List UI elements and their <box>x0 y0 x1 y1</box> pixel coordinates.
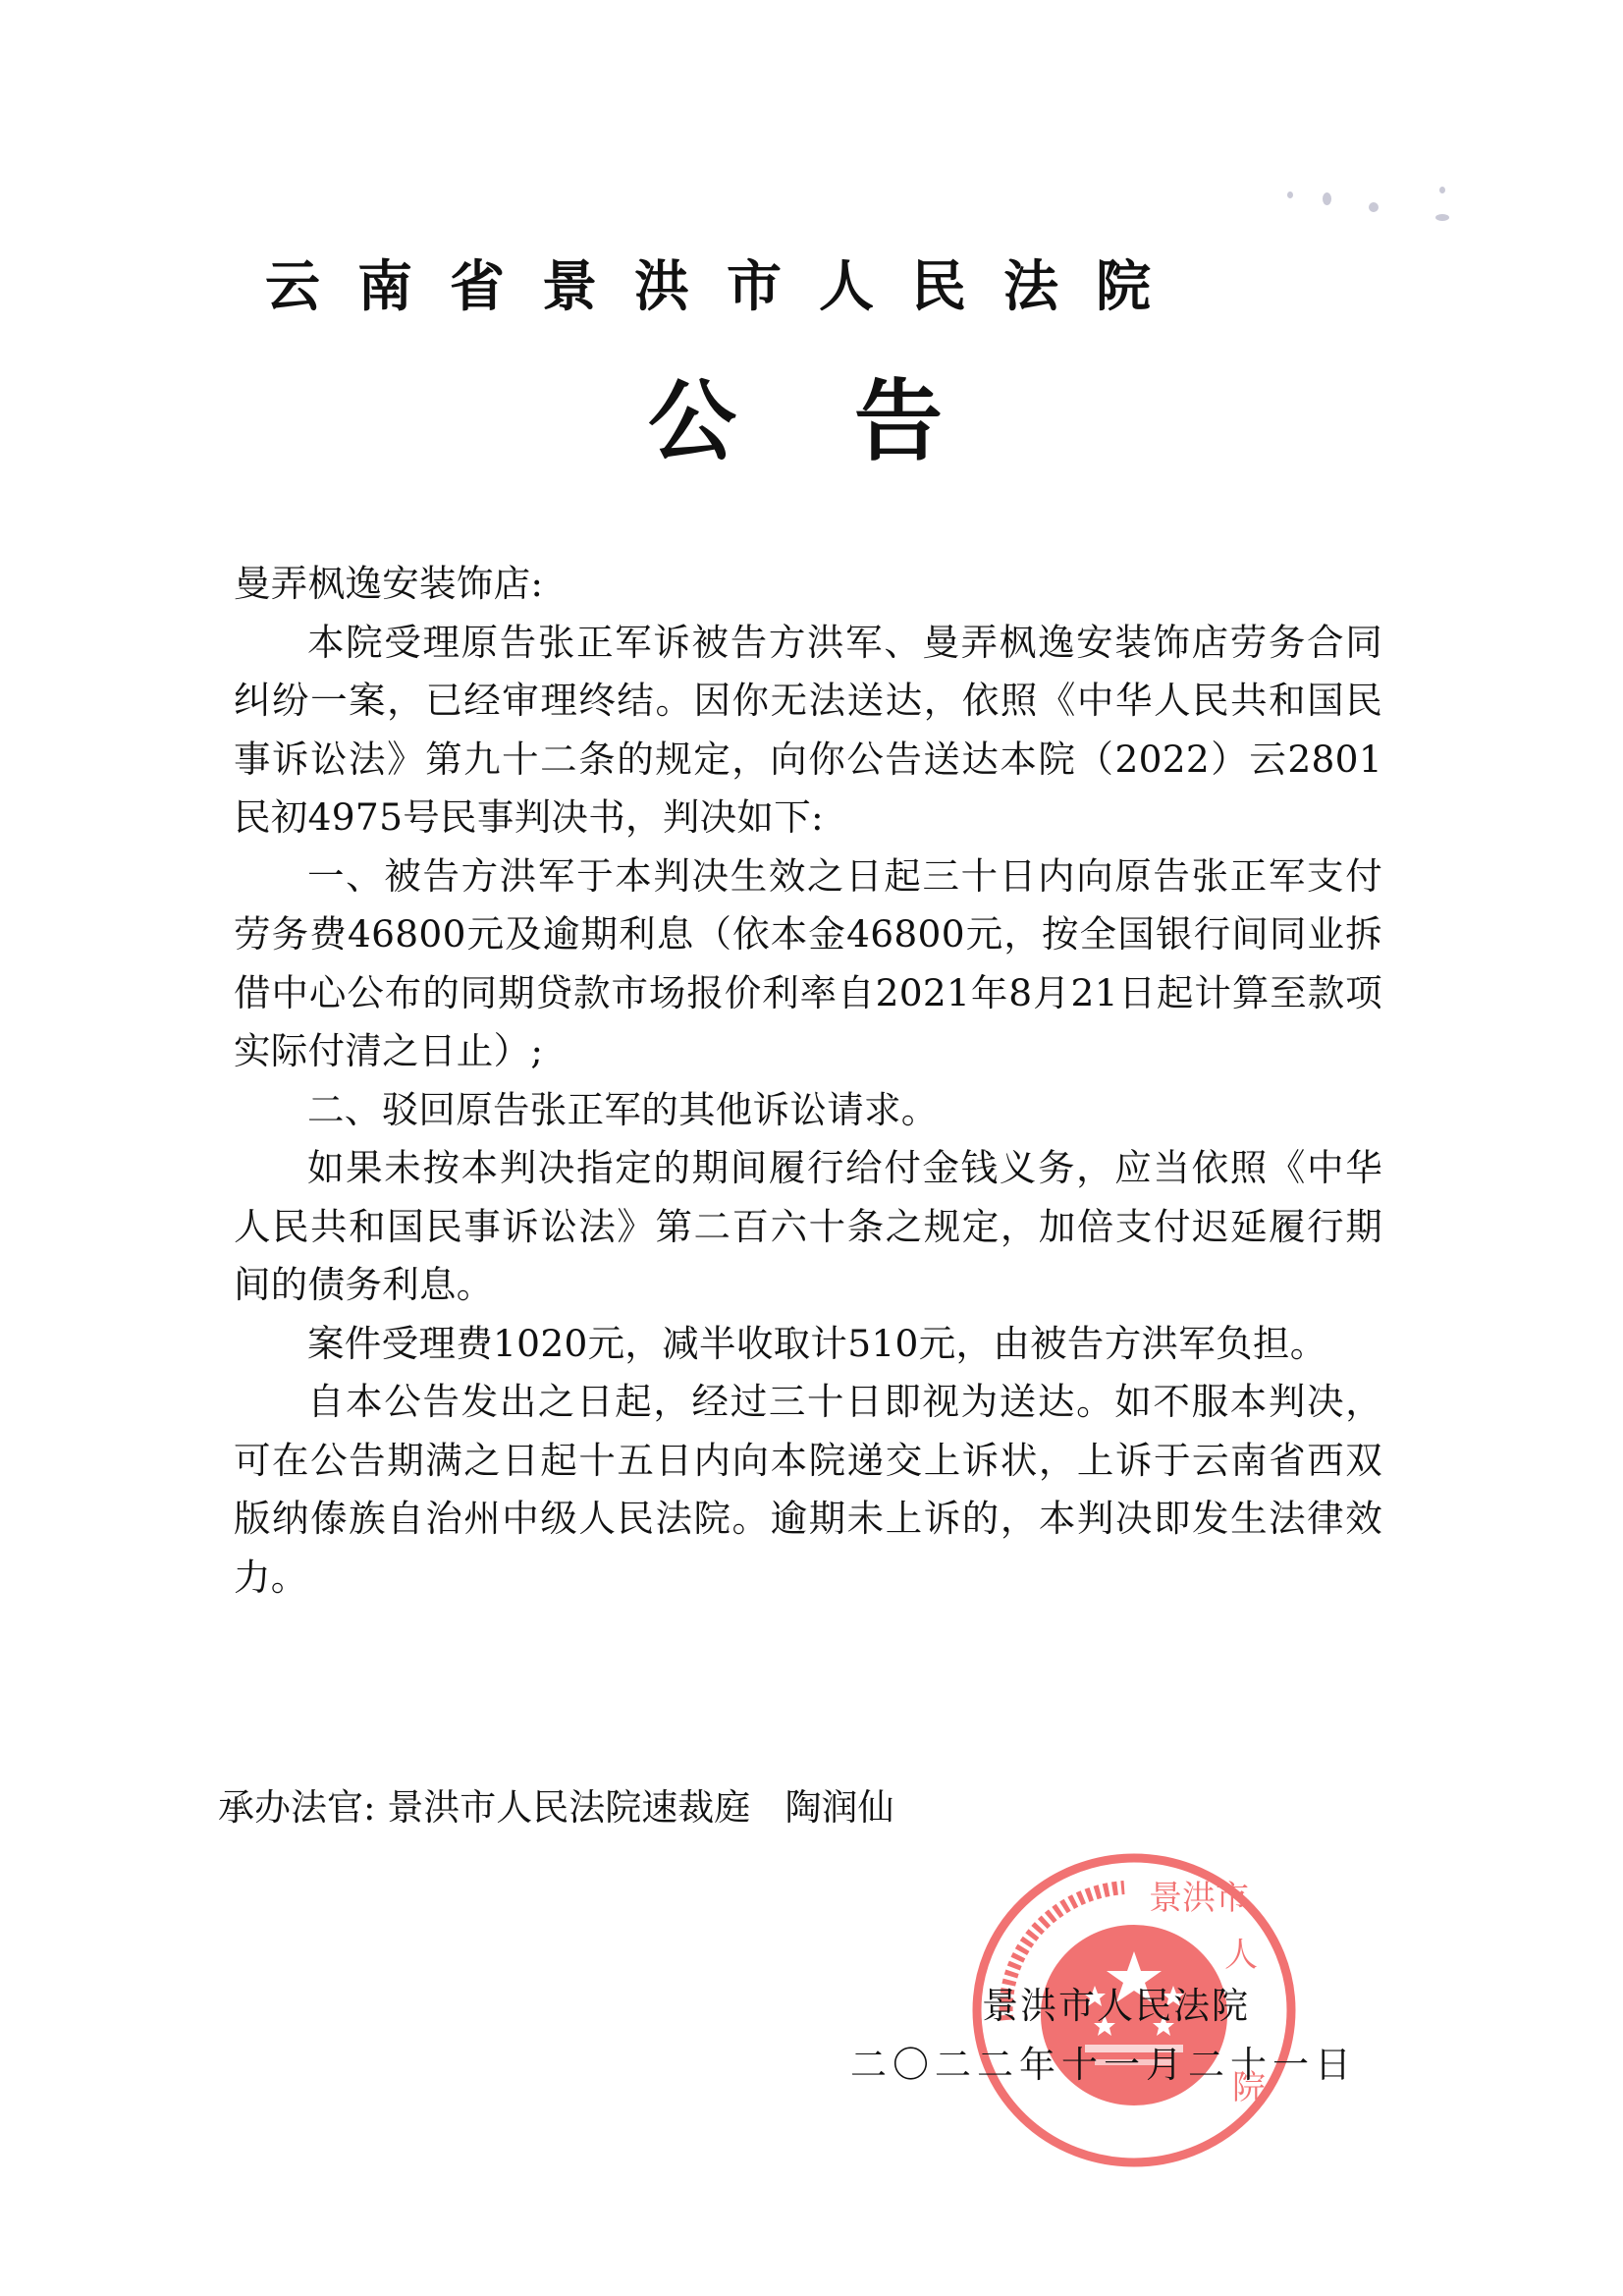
scan-speck <box>1439 187 1445 193</box>
scan-speck <box>1323 192 1331 205</box>
issuing-court-signature: 景洪市人民法院 <box>982 1976 1250 2029</box>
scan-speck <box>1369 202 1379 212</box>
paragraph-judgment-item-1: 一、被告方洪军于本判决生效之日起三十日内向原告张正军支付劳务费46800元及逾期… <box>234 847 1382 1081</box>
scan-speck <box>1435 214 1449 221</box>
notice-body: 曼弄枫逸安装饰店: 本院受理原告张正军诉被告方洪军、曼弄枫逸安装饰店劳务合同纠纷… <box>234 555 1382 1607</box>
paragraph-judgment-item-2: 二、驳回原告张正军的其他诉讼请求。 <box>234 1081 1382 1140</box>
paragraph-late-payment: 如果未按本判决指定的期间履行给付金钱义务，应当依照《中华人民共和国民事诉讼法》第… <box>234 1139 1382 1315</box>
svg-text:人: 人 <box>1224 1936 1258 1975</box>
paragraph-case-fee: 案件受理费1020元，减半收取计510元，由被告方洪军负担。 <box>234 1315 1382 1374</box>
addressee: 曼弄枫逸安装饰店: <box>234 555 1382 614</box>
svg-text:景洪市: 景洪市 <box>1149 1879 1249 1918</box>
document-title: 公告 <box>648 373 1041 471</box>
paragraph-case-intro: 本院受理原告张正军诉被告方洪军、曼弄枫逸安装饰店劳务合同纠纷一案，已经审理终结。… <box>234 614 1382 847</box>
court-notice-page: 云南省景洪市人民法院 公告 曼弄枫逸安装饰店: 本院受理原告张正军诉被告方洪军、… <box>0 0 1623 2296</box>
presiding-judge: 承办法官: 景洪市人民法院速裁庭 陶润仙 <box>218 1777 894 1831</box>
scan-speck <box>1287 191 1293 198</box>
court-name-heading: 云南省景洪市人民法院 <box>265 253 1384 322</box>
issue-date: 二〇二二年十一月二十一日 <box>850 2035 1357 2088</box>
paragraph-service-appeal: 自本公告发出之日起，经过三十日即视为送达。如不服本判决，可在公告期满之日起十五日… <box>234 1373 1382 1607</box>
